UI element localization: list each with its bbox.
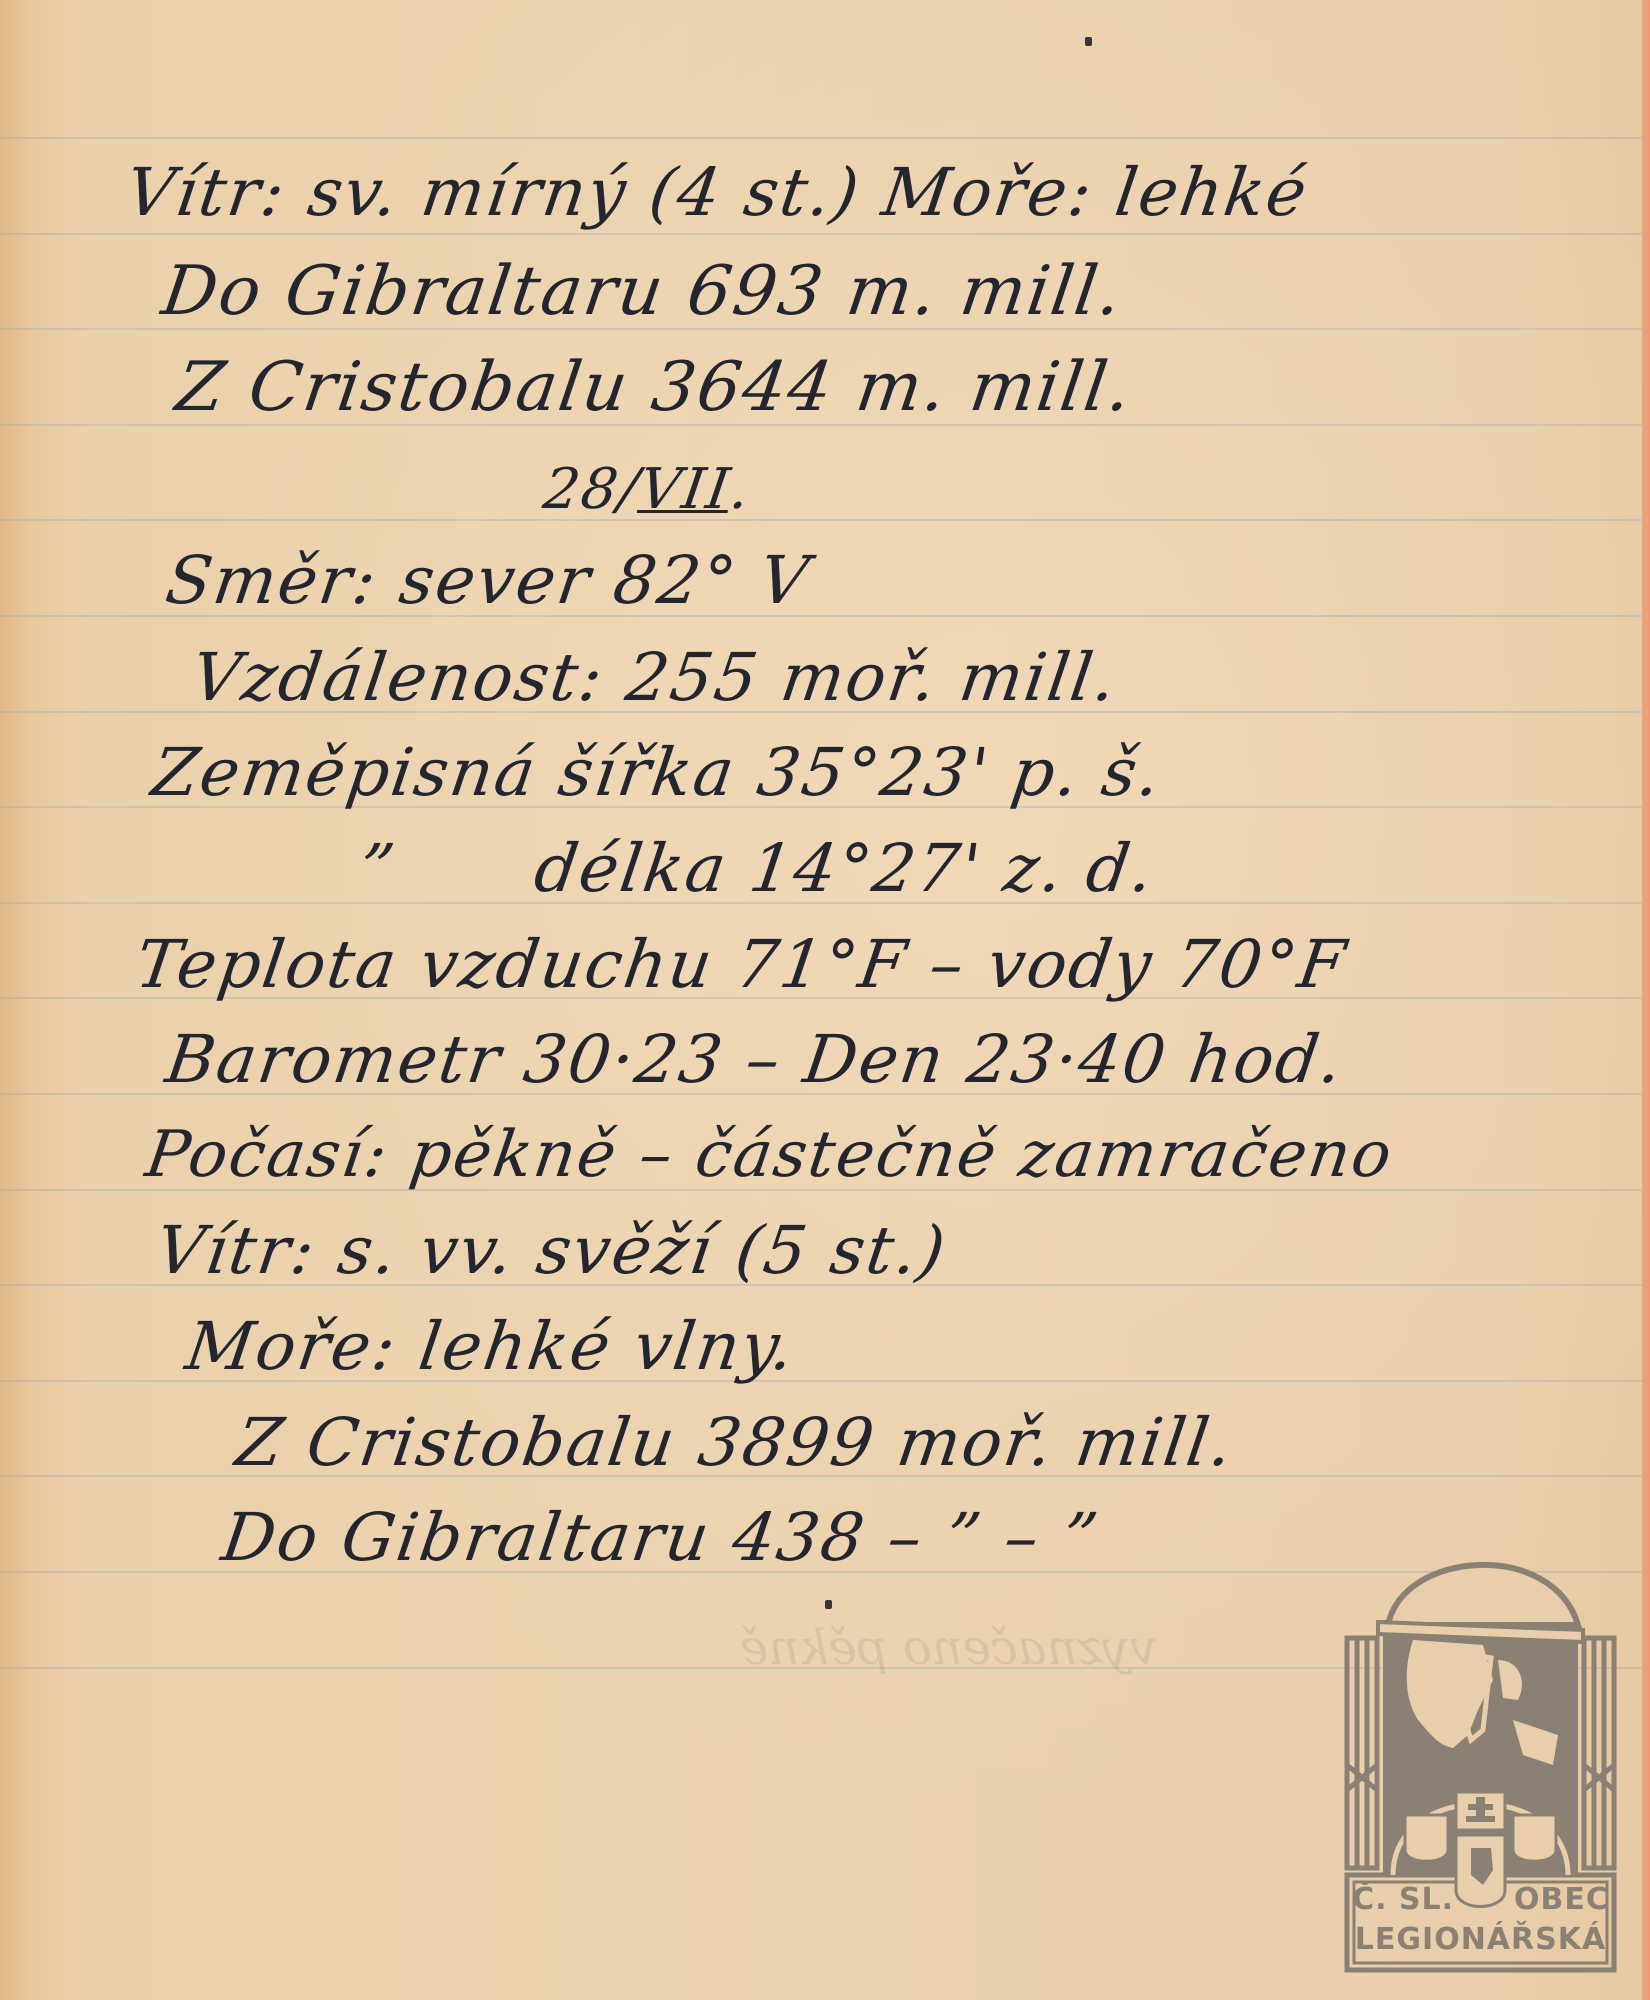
stamp-right-text: OBEC <box>1514 1882 1609 1917</box>
log-line-latitude: Zeměpisná šířka 35°23' p. š. <box>148 740 1166 806</box>
page-edge <box>1642 0 1650 2000</box>
ruled-line <box>0 233 1642 235</box>
log-line-wind: Vítr: sv. mírný (4 st.) Moře: lehké <box>122 160 1312 226</box>
show-through-text: vyznačeno pěkně <box>740 1620 1157 1676</box>
stamp-left-text: Č. SL. <box>1352 1882 1454 1917</box>
log-line-to-gibraltar: Do Gibraltaru 693 m. mill. <box>158 258 1127 326</box>
log-line-direction: Směr: sever 82° V <box>162 548 814 614</box>
log-line-to-gibraltar-2: Do Gibraltaru 438 – ” – ” <box>218 1505 1103 1571</box>
stamp-line-1: Č. SL.OBEC <box>1343 1882 1618 1917</box>
longitude-text: délka 14°27' z. d. <box>530 830 1160 907</box>
log-line-from-cristobal-2: Z Cristobalu 3899 moř. mill. <box>232 1410 1238 1476</box>
stamp-line-2: LEGIONÁŘSKÁ <box>1343 1922 1618 1957</box>
log-line-weather: Počasí: pěkně – částečně zamračeno <box>142 1123 1397 1187</box>
log-line-from-cristobal: Z Cristobalu 3644 m. mill. <box>172 354 1137 422</box>
ruled-line <box>0 137 1642 139</box>
ditto-mark: ” <box>354 830 401 907</box>
log-line-sea: Moře: lehké vlny. <box>182 1314 800 1380</box>
log-line-longitude: ”délka 14°27' z. d. <box>355 836 1159 902</box>
log-line-temperature: Teplota vzduchu 71°F – vody 70°F <box>132 932 1351 998</box>
log-line-distance: Vzdálenost: 255 moř. mill. <box>188 645 1122 711</box>
log-line-barometer: Barometr 30·23 – Den 23·40 hod. <box>162 1027 1348 1093</box>
date-month: VII <box>636 457 736 522</box>
log-date: 28/VII. <box>540 462 754 518</box>
date-day: 28/ <box>539 457 644 522</box>
notebook-page: vyznačeno pěkně Vítr: sv. mírný (4 st.) … <box>0 0 1650 2000</box>
ink-speck <box>1085 37 1092 46</box>
ink-speck <box>825 1600 832 1609</box>
ruled-line <box>0 519 1642 521</box>
log-line-wind-2: Vítr: s. vv. svěží (5 st.) <box>152 1218 951 1284</box>
legion-stamp-logo: Č. SL.OBEC LEGIONÁŘSKÁ <box>1343 1530 1618 1975</box>
